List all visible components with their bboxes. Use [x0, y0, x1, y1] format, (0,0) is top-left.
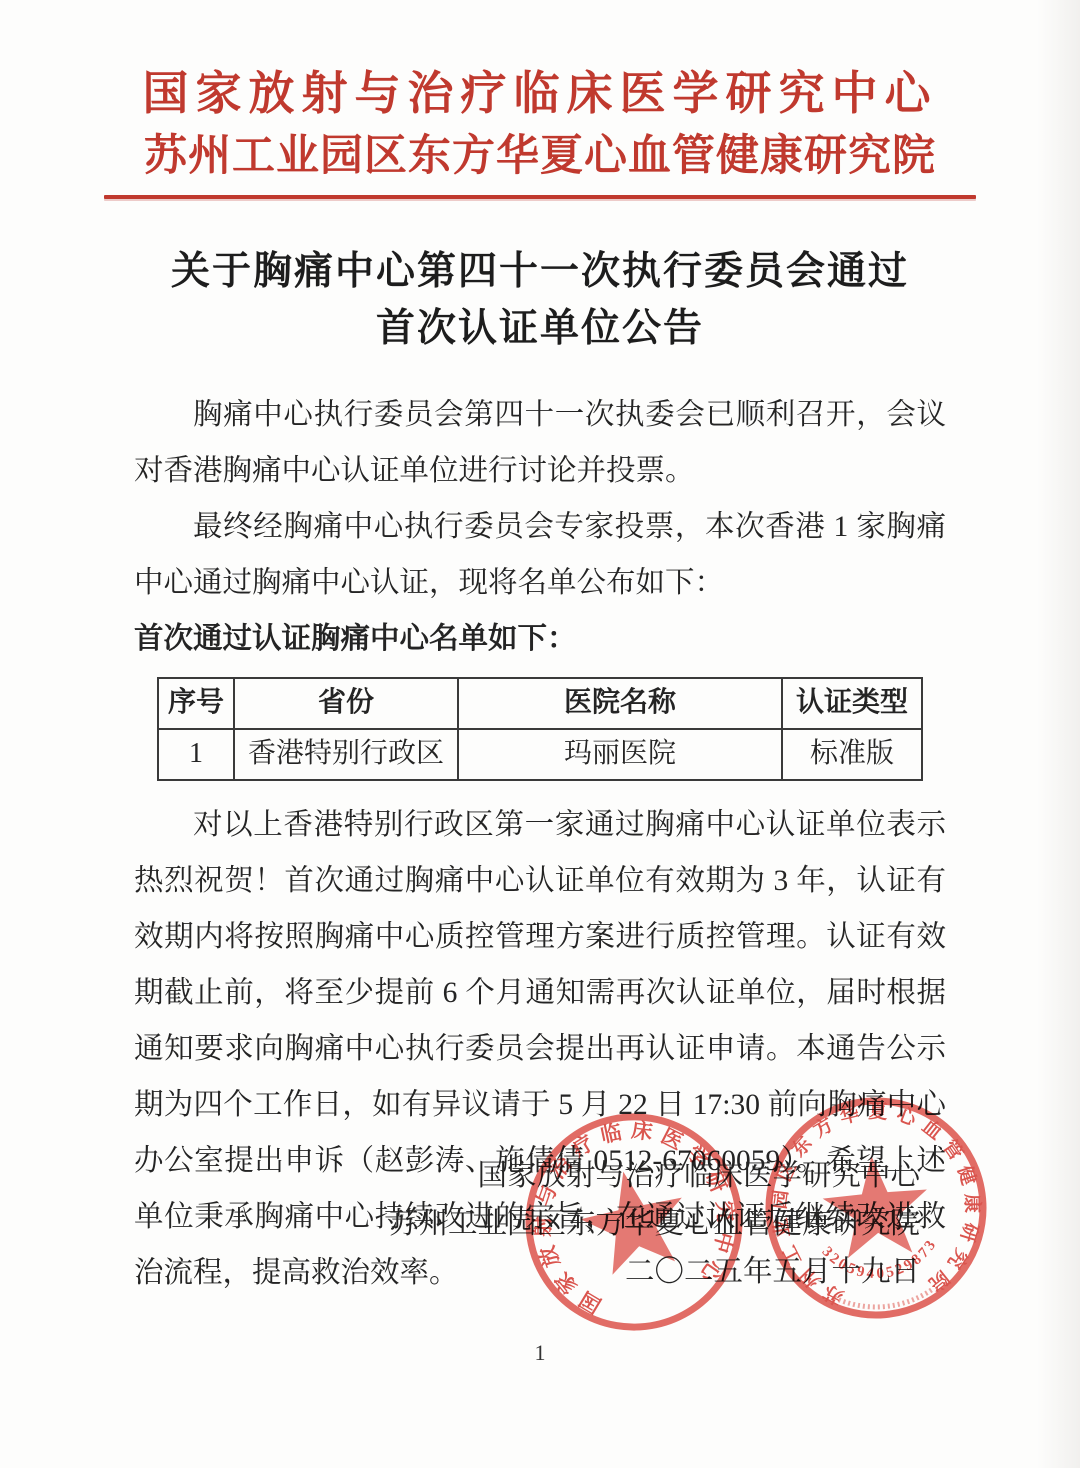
- table-header-cert-type: 认证类型: [782, 678, 922, 729]
- letterhead-org-line1: 国家放射与治疗临床医学研究中心: [0, 66, 1080, 121]
- page-number: 1: [0, 1340, 1080, 1366]
- seal-star-icon: [573, 1161, 695, 1279]
- paragraph-2: 最终经胸痛中心执行委员会专家投票，本次香港 1 家胸痛中心通过胸痛中心认证，现将…: [134, 499, 946, 611]
- cell-cert-type: 标准版: [782, 729, 922, 780]
- document-page: 国家放射与治疗临床医学研究中心 苏州工业园区东方华夏心血管健康研究院 关于胸痛中…: [0, 0, 1080, 1468]
- official-seal-right: 苏州工业园区东方华夏心血管健康研究院 3205940529873: [750, 1082, 1001, 1333]
- document-title: 关于胸痛中心第四十一次执行委员会通过 首次认证单位公告: [0, 243, 1080, 357]
- document-title-line1: 关于胸痛中心第四十一次执行委员会通过: [0, 243, 1080, 300]
- cell-hospital: 玛丽医院: [458, 729, 782, 780]
- table-header-hospital: 医院名称: [458, 678, 782, 729]
- list-heading: 首次通过认证胸痛中心名单如下：: [134, 611, 946, 667]
- letterhead-org-line2: 苏州工业园区东方华夏心血管健康研究院: [0, 131, 1080, 183]
- cell-index: 1: [158, 729, 234, 780]
- document-title-line2: 首次认证单位公告: [0, 300, 1080, 357]
- certified-units-table: 序号 省份 医院名称 认证类型 1 香港特别行政区 玛丽医院 标准版: [157, 677, 923, 781]
- cell-province: 香港特别行政区: [234, 729, 458, 780]
- letterhead: 国家放射与治疗临床医学研究中心 苏州工业园区东方华夏心血管健康研究院: [0, 0, 1080, 199]
- official-seal-left: 国家放射与治疗临床医学研究中心: [499, 1087, 769, 1357]
- seal-star-icon: [819, 1152, 932, 1260]
- table-header-province: 省份: [234, 678, 458, 729]
- paragraph-1: 胸痛中心执行委员会第四十一次执委会已顺利召开，会议对香港胸痛中心认证单位进行讨论…: [134, 387, 946, 499]
- table-header-index: 序号: [158, 678, 234, 729]
- table-header-row: 序号 省份 医院名称 认证类型: [158, 678, 922, 729]
- letterhead-rule: [104, 195, 976, 199]
- table-row: 1 香港特别行政区 玛丽医院 标准版: [158, 729, 922, 780]
